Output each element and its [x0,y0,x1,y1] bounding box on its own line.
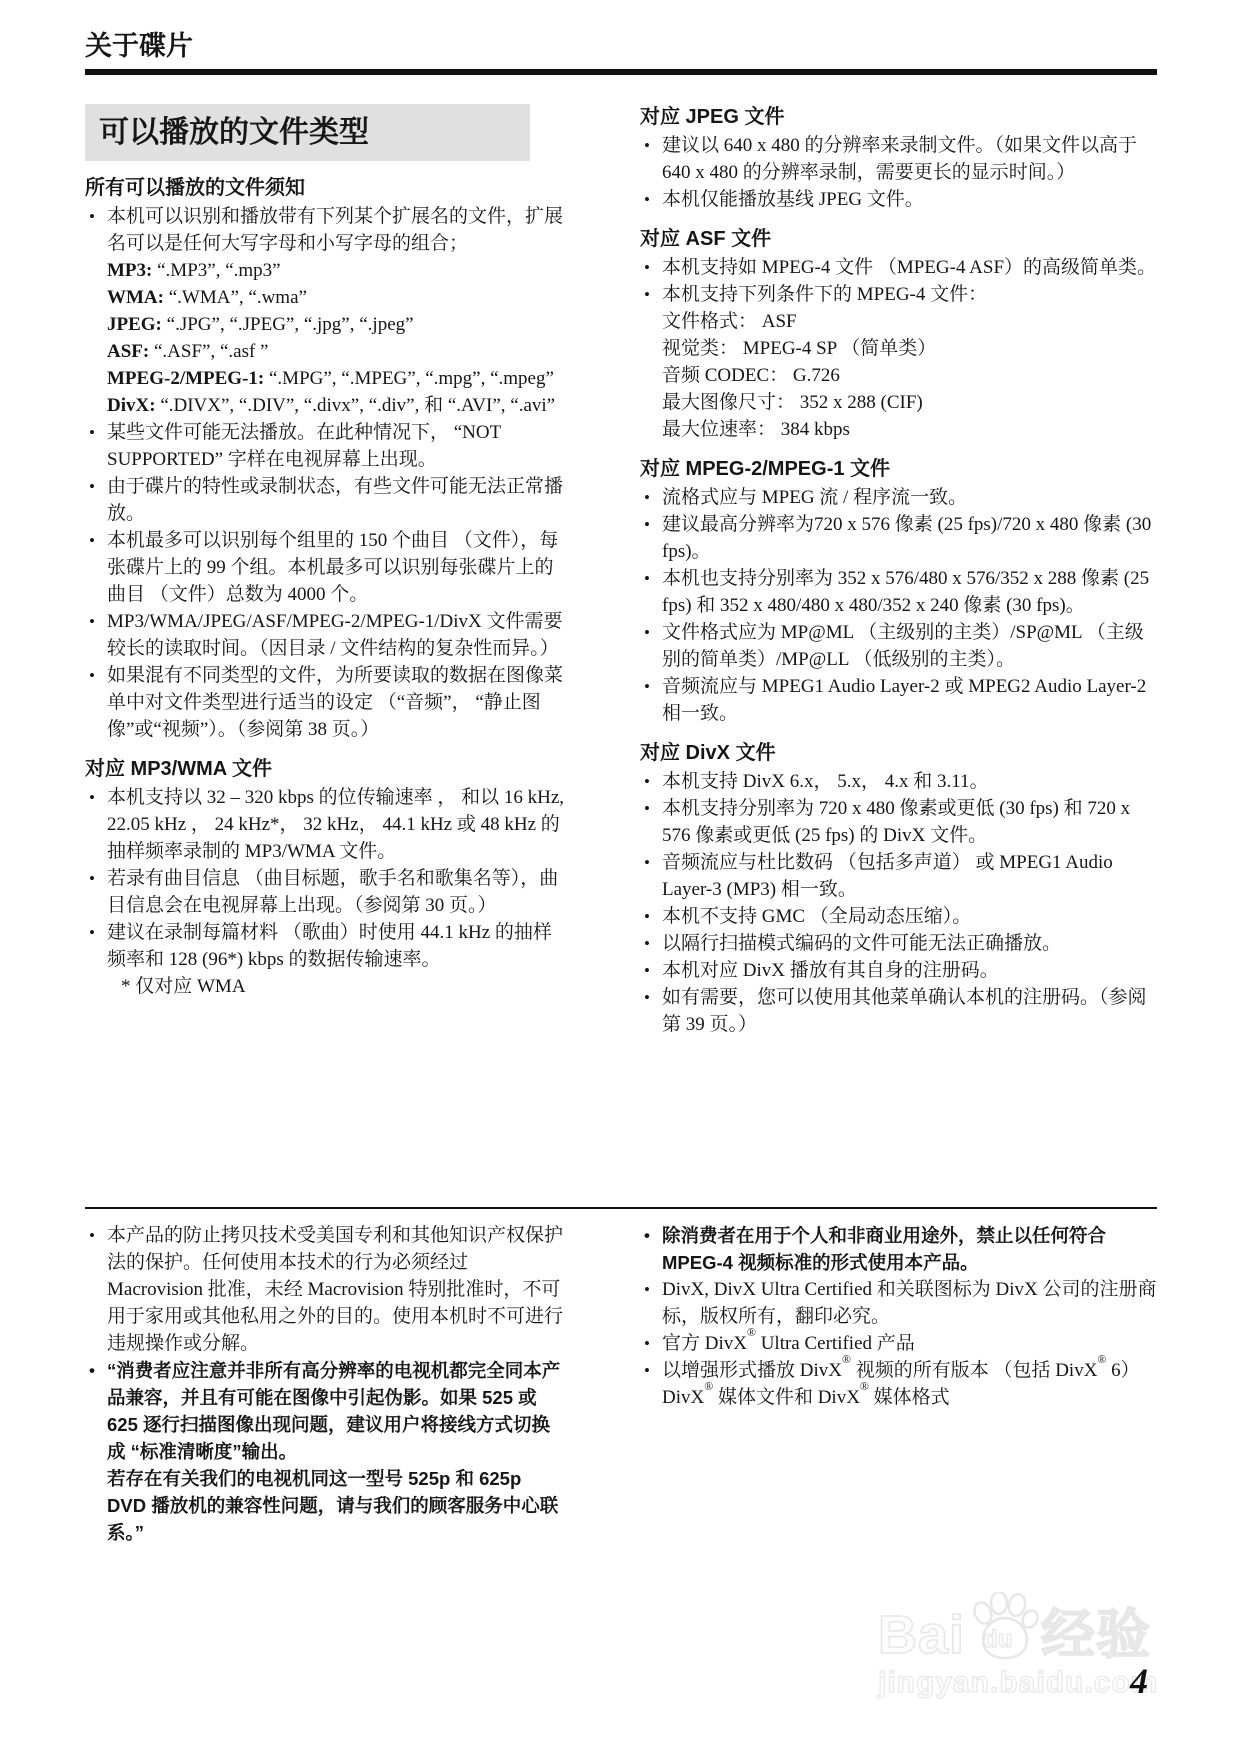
header-rule [85,69,1157,75]
text-segment: 视频的所有版本 （包括 DivX [851,1360,1097,1381]
text-segment: 本机不支持 GMC （全局动态压缩）。 [662,906,971,927]
text-segment: 文件格式： ASF [662,311,797,332]
registered-mark: ® [747,1326,756,1339]
section: 对应 DivX 文件本机支持 DivX 6.x， 5.x， 4.x 和 3.11… [640,740,1157,1038]
text-segment: DivX [662,1387,704,1408]
page-section-title: 关于碟片 [85,30,193,62]
text-segment: 建议在录制每篇材料 （歌曲）时使用 44.1 kHz 的抽样频率和 128 (9… [107,922,552,970]
text-segment: DivX, DivX Ultra Certified 和关联图标为 DivX 公… [662,1279,1156,1327]
text-segment: 本机支持分别率为 720 x 480 像素或更低 (30 fps) 和 720 … [662,798,1130,846]
text-segment: 视觉类： MPEG-4 SP （简单类） [662,338,936,359]
bullet-item: 若录有曲目信息 （曲目标题，歌手名和歌集名等），曲目信息会在电视屏幕上出现。（参… [85,865,565,919]
text-segment: 最大位速率： 384 kbps [662,419,850,440]
paw-icon: du [967,1592,1039,1662]
section: 可以播放的文件类型 [85,104,565,161]
text-line: JPEG: “.JPG”, “.JPEG”, “.jpg”, “.jpeg” [85,311,565,338]
bullet-item: 本机支持下列条件下的 MPEG-4 文件： [640,281,1157,308]
text-segment: 音频 CODEC： G.726 [662,365,840,386]
bullet-item: 本机最多可以识别每个组里的 150 个曲目 （文件），每张碟片上的 99 个组。… [85,527,565,608]
bullet-item: 本机不支持 GMC （全局动态压缩）。 [640,903,1157,930]
text-segment: “.WMA”, “.wma” [169,287,307,308]
text-segment: 音频流应与杜比数码 （包括多声道） 或 MPEG1 Audio Layer-3 … [662,852,1113,900]
text-segment: MP3: [107,260,157,281]
text-line: ASF: “.ASF”, “.asf ” [85,338,565,365]
text-segment: 以增强形式播放 DivX [662,1360,842,1381]
text-segment: “消费者应注意并非所有高分辨率的电视机都完全同本产品兼容，并且有可能在图像中引起… [107,1360,560,1462]
section: 对应 JPEG 文件建议以 640 x 480 的分辨率来录制文件。（如果文件以… [640,104,1157,213]
registered-mark: ® [704,1380,713,1393]
text-segment: 本机支持如 MPEG-4 文件 （MPEG-4 ASF）的高级简单类。 [662,257,1156,278]
text-segment: “.MP3”, “.mp3” [157,260,280,281]
bullet-item: 官方 DivX® Ultra Certified 产品 [640,1330,1157,1357]
text-segment: 建议最高分辨率为720 x 576 像素 (25 fps)/720 x 480 … [662,514,1151,562]
bullet-item: 流格式应与 MPEG 流 / 程序流一致。 [640,484,1157,511]
bullet-item: 某些文件可能无法播放。在此种情况下， “NOT SUPPORTED” 字样在电视… [85,419,565,473]
footnote-right-column: 除消费者在用于个人和非商业用途外，禁止以任何符合 MPEG-4 视频标准的形式使… [640,1222,1157,1411]
text-segment: “.JPG”, “.JPEG”, “.jpg”, “.jpeg” [167,314,414,335]
text-segment: 若存在有关我们的电视机同这一型号 525p 和 625p DVD 播放机的兼容性… [107,1468,558,1543]
bullet-item: 本机支持如 MPEG-4 文件 （MPEG-4 ASF）的高级简单类。 [640,254,1157,281]
text-segment: 以隔行扫描模式编码的文件可能无法正确播放。 [662,933,1061,954]
bullet-item: “消费者应注意并非所有高分辨率的电视机都完全同本产品兼容，并且有可能在图像中引起… [85,1357,565,1465]
text-line: DivX: “.DIVX”, “.DIV”, “.divx”, “.div”, … [85,392,565,419]
text-segment: 官方 DivX [662,1333,747,1354]
text-segment: 本机最多可以识别每个组里的 150 个曲目 （文件），每张碟片上的 99 个组。… [107,530,558,605]
text-line: WMA: “.WMA”, “.wma” [85,284,565,311]
bullet-item: 音频流应与 MPEG1 Audio Layer-2 或 MPEG2 Audio … [640,673,1157,727]
registered-mark: ® [1097,1353,1106,1366]
footnotes: 本产品的防止拷贝技术受美国专利和其他知识产权保护法的保护。任何使用本技术的行为必… [85,1222,1157,1546]
text-segment: 媒体格式 [869,1387,950,1408]
bullet-item: MP3/WMA/JPEG/ASF/MPEG-2/MPEG-1/DivX 文件需要… [85,608,565,662]
text-segment: “.DIVX”, “.DIV”, “.divx”, “.div”, 和 “.AV… [160,395,555,416]
bullet-item: 文件格式应为 MP@ML （主级别的主类）/SP@ML （主级别的简单类）/MP… [640,619,1157,673]
text-segment: 流格式应与 MPEG 流 / 程序流一致。 [662,487,967,508]
section: 所有可以播放的文件须知本机可以识别和播放带有下列某个扩展名的文件，扩展名可以是任… [85,175,565,743]
text-segment: 文件格式应为 MP@ML （主级别的主类）/SP@ML （主级别的简单类）/MP… [662,622,1144,670]
text-line: 音频 CODEC： G.726 [640,362,1157,389]
bullet-item: 建议最高分辨率为720 x 576 像素 (25 fps)/720 x 480 … [640,511,1157,565]
footnote-left-column: 本产品的防止拷贝技术受美国专利和其他知识产权保护法的保护。任何使用本技术的行为必… [85,1222,565,1546]
left-column: 可以播放的文件类型所有可以播放的文件须知本机可以识别和播放带有下列某个扩展名的文… [85,104,565,1000]
footnote-divider [85,1207,1157,1209]
bullet-item: 建议在录制每篇材料 （歌曲）时使用 44.1 kHz 的抽样频率和 128 (9… [85,919,565,973]
text-line: 若存在有关我们的电视机同这一型号 525p 和 625p DVD 播放机的兼容性… [85,1465,565,1546]
text-line: MPEG-2/MPEG-1: “.MPG”, “.MPEG”, “.mpg”, … [85,365,565,392]
bullet-item: 如果混有不同类型的文件，为所要读取的数据在图像菜单中对文件类型进行适当的设定 （… [85,662,565,743]
bullet-item: 本机支持以 32 – 320 kbps 的位传输速率 ， 和以 16 kHz, … [85,784,565,865]
page-number: 4 [1130,1660,1148,1702]
text-segment: 本机支持以 32 – 320 kbps 的位传输速率 ， 和以 16 kHz, … [107,787,564,862]
bullet-item: DivX, DivX Ultra Certified 和关联图标为 DivX 公… [640,1276,1157,1330]
bullet-item: 以隔行扫描模式编码的文件可能无法正确播放。 [640,930,1157,957]
bullet-item: 本机支持 DivX 6.x， 5.x， 4.x 和 3.11。 [640,768,1157,795]
registered-mark: ® [860,1380,869,1393]
section-heading: 对应 MPEG-2/MPEG-1 文件 [640,456,1157,483]
text-segment: 如有需要，您可以使用其他菜单确认本机的注册码。（参阅第 39 页。） [662,987,1147,1035]
page-title: 可以播放的文件类型 [85,104,530,161]
bullet-item: 本机仅能播放基线 JPEG 文件。 [640,186,1157,213]
section-heading: 对应 MP3/WMA 文件 [85,756,565,783]
text-segment: 本机仅能播放基线 JPEG 文件。 [662,189,924,210]
text-segment: 6） [1106,1360,1139,1381]
section: 对应 MPEG-2/MPEG-1 文件流格式应与 MPEG 流 / 程序流一致。… [640,456,1157,727]
text-segment: MP3/WMA/JPEG/ASF/MPEG-2/MPEG-1/DivX 文件需要… [107,611,563,659]
bullet-item: 本产品的防止拷贝技术受美国专利和其他知识产权保护法的保护。任何使用本技术的行为必… [85,1222,565,1357]
text-segment: 除消费者在用于个人和非商业用途外，禁止以任何符合 MPEG-4 视频标准的形式使… [662,1225,1106,1273]
text-segment: DivX: [107,395,160,416]
text-segment: 本机支持 DivX 6.x， 5.x， 4.x 和 3.11。 [662,771,989,792]
main-content: 可以播放的文件类型所有可以播放的文件须知本机可以识别和播放带有下列某个扩展名的文… [85,104,1157,1038]
text-line: 文件格式： ASF [640,308,1157,335]
text-segment: 本产品的防止拷贝技术受美国专利和其他知识产权保护法的保护。任何使用本技术的行为必… [107,1225,563,1354]
watermark-brand-paw-text: du [983,1626,1012,1654]
text-segment: 由于碟片的特性或录制状态，有些文件可能无法正常播放。 [107,476,563,524]
bullet-item: 本机支持分别率为 720 x 480 像素或更低 (30 fps) 和 720 … [640,795,1157,849]
bullet-item: 音频流应与杜比数码 （包括多声道） 或 MPEG1 Audio Layer-3 … [640,849,1157,903]
text-segment: 本机对应 DivX 播放有其自身的注册码。 [662,960,999,981]
text-segment: JPEG: [107,314,167,335]
bullet-item: 如有需要，您可以使用其他菜单确认本机的注册码。（参阅第 39 页。） [640,984,1157,1038]
section-heading: 所有可以播放的文件须知 [85,175,565,202]
bullet-item: 本机对应 DivX 播放有其自身的注册码。 [640,957,1157,984]
text-line: 最大图像尺寸： 352 x 288 (CIF) [640,389,1157,416]
bullet-item: 建议以 640 x 480 的分辨率来录制文件。（如果文件以高于 640 x 4… [640,132,1157,186]
section-heading: 对应 ASF 文件 [640,226,1157,253]
text-segment: 媒体文件和 DivX [713,1387,860,1408]
text-segment: 音频流应与 MPEG1 Audio Layer-2 或 MPEG2 Audio … [662,676,1146,724]
text-segment: 建议以 640 x 480 的分辨率来录制文件。（如果文件以高于 640 x 4… [662,135,1137,183]
bullet-item: 以增强形式播放 DivX® 视频的所有版本 （包括 DivX® 6）DivX® … [640,1357,1157,1411]
text-segment: “.MPG”, “.MPEG”, “.mpg”, “.mpeg” [269,368,554,389]
watermark-brand-row: Bai du 经验 [878,1592,1188,1662]
registered-mark: ® [842,1353,851,1366]
text-segment: WMA: [107,287,169,308]
watermark-brand-left: Bai [878,1608,965,1662]
text-segment: ASF: [107,341,154,362]
text-segment: 若录有曲目信息 （曲目标题，歌手名和歌集名等），曲目信息会在电视屏幕上出现。（参… [107,868,558,916]
text-segment: 某些文件可能无法播放。在此种情况下， “NOT SUPPORTED” 字样在电视… [107,422,501,470]
text-segment: 本机支持下列条件下的 MPEG-4 文件： [662,284,987,305]
watermark-brand-cn: 经验 [1041,1608,1151,1662]
text-segment: * 仅对应 WMA [121,976,246,997]
text-line: 最大位速率： 384 kbps [640,416,1157,443]
text-segment: MPEG-2/MPEG-1: [107,368,269,389]
section-heading: 对应 JPEG 文件 [640,104,1157,131]
bullet-item: 本机可以识别和播放带有下列某个扩展名的文件，扩展名可以是任何大写字母和小写字母的… [85,203,565,257]
text-segment: 本机也支持分别率为 352 x 576/480 x 576/352 x 288 … [662,568,1149,616]
section: 对应 MP3/WMA 文件本机支持以 32 – 320 kbps 的位传输速率 … [85,756,565,1000]
bullet-item: 本机也支持分别率为 352 x 576/480 x 576/352 x 288 … [640,565,1157,619]
section: 对应 ASF 文件本机支持如 MPEG-4 文件 （MPEG-4 ASF）的高级… [640,226,1157,443]
text-segment: “.ASF”, “.asf ” [154,341,269,362]
text-line: * 仅对应 WMA [85,973,565,1000]
text-line: MP3: “.MP3”, “.mp3” [85,257,565,284]
text-segment: 如果混有不同类型的文件，为所要读取的数据在图像菜单中对文件类型进行适当的设定 （… [107,665,563,740]
bullet-item: 除消费者在用于个人和非商业用途外，禁止以任何符合 MPEG-4 视频标准的形式使… [640,1222,1157,1276]
text-segment: Ultra Certified 产品 [756,1333,915,1354]
right-column: 对应 JPEG 文件建议以 640 x 480 的分辨率来录制文件。（如果文件以… [640,104,1157,1038]
text-segment: 最大图像尺寸： 352 x 288 (CIF) [662,392,923,413]
bullet-item: 由于碟片的特性或录制状态，有些文件可能无法正常播放。 [85,473,565,527]
text-line: 视觉类： MPEG-4 SP （简单类） [640,335,1157,362]
section-heading: 对应 DivX 文件 [640,740,1157,767]
text-segment: 本机可以识别和播放带有下列某个扩展名的文件，扩展名可以是任何大写字母和小写字母的… [107,206,563,254]
